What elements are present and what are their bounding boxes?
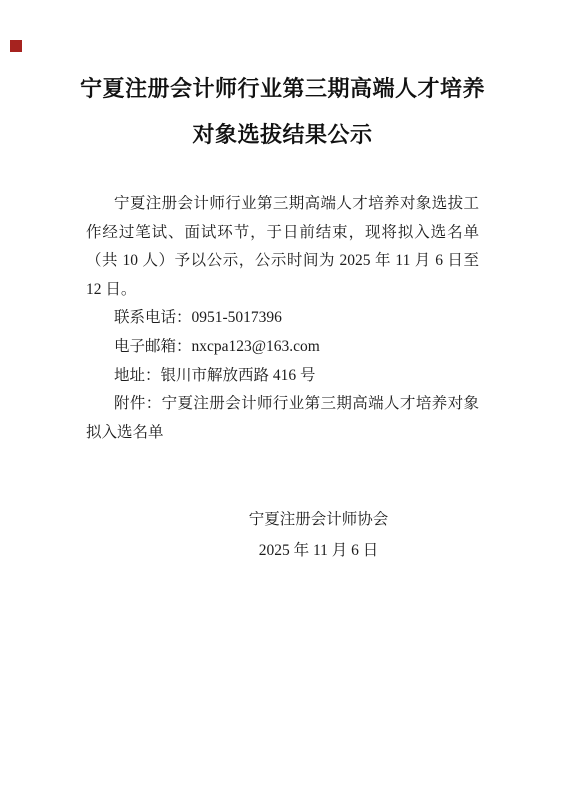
signature-block: 宁夏注册会计师协会 2025 年 11 月 6 日 (158, 504, 479, 566)
signature-date: 2025 年 11 月 6 日 (158, 535, 479, 566)
body-paragraph: 宁夏注册会计师行业第三期高端人才培养对象选拔工作经过笔试、面试环节，于日前结束，… (86, 190, 479, 304)
attachment-line: 附件：宁夏注册会计师行业第三期高端人才培养对象拟入选名单 (86, 390, 479, 447)
attachment-label: 附件： (114, 395, 162, 412)
address-label: 地址： (114, 367, 161, 384)
email-value: nxcpa123@163.com (192, 338, 320, 355)
title-line-1: 宁夏注册会计师行业第三期高端人才培养 (40, 66, 525, 112)
document-title: 宁夏注册会计师行业第三期高端人才培养 对象选拔结果公示 (40, 66, 525, 158)
document-body: 宁夏注册会计师行业第三期高端人才培养对象选拔工作经过笔试、面试环节，于日前结束，… (86, 190, 479, 566)
contact-phone-line: 联系电话：0951-5017396 (86, 304, 479, 333)
contact-phone-value: 0951-5017396 (192, 309, 282, 326)
title-line-2: 对象选拔结果公示 (40, 112, 525, 158)
email-line: 电子邮箱：nxcpa123@163.com (86, 333, 479, 362)
document-page: 宁夏注册会计师行业第三期高端人才培养 对象选拔结果公示 宁夏注册会计师行业第三期… (0, 0, 565, 800)
signature-org: 宁夏注册会计师协会 (158, 504, 479, 535)
email-label: 电子邮箱： (114, 338, 192, 355)
address-line: 地址：银川市解放西路 416 号 (86, 362, 479, 391)
contact-phone-label: 联系电话： (114, 309, 192, 326)
address-value: 银川市解放西路 416 号 (161, 367, 316, 384)
red-square-marker (10, 40, 22, 52)
